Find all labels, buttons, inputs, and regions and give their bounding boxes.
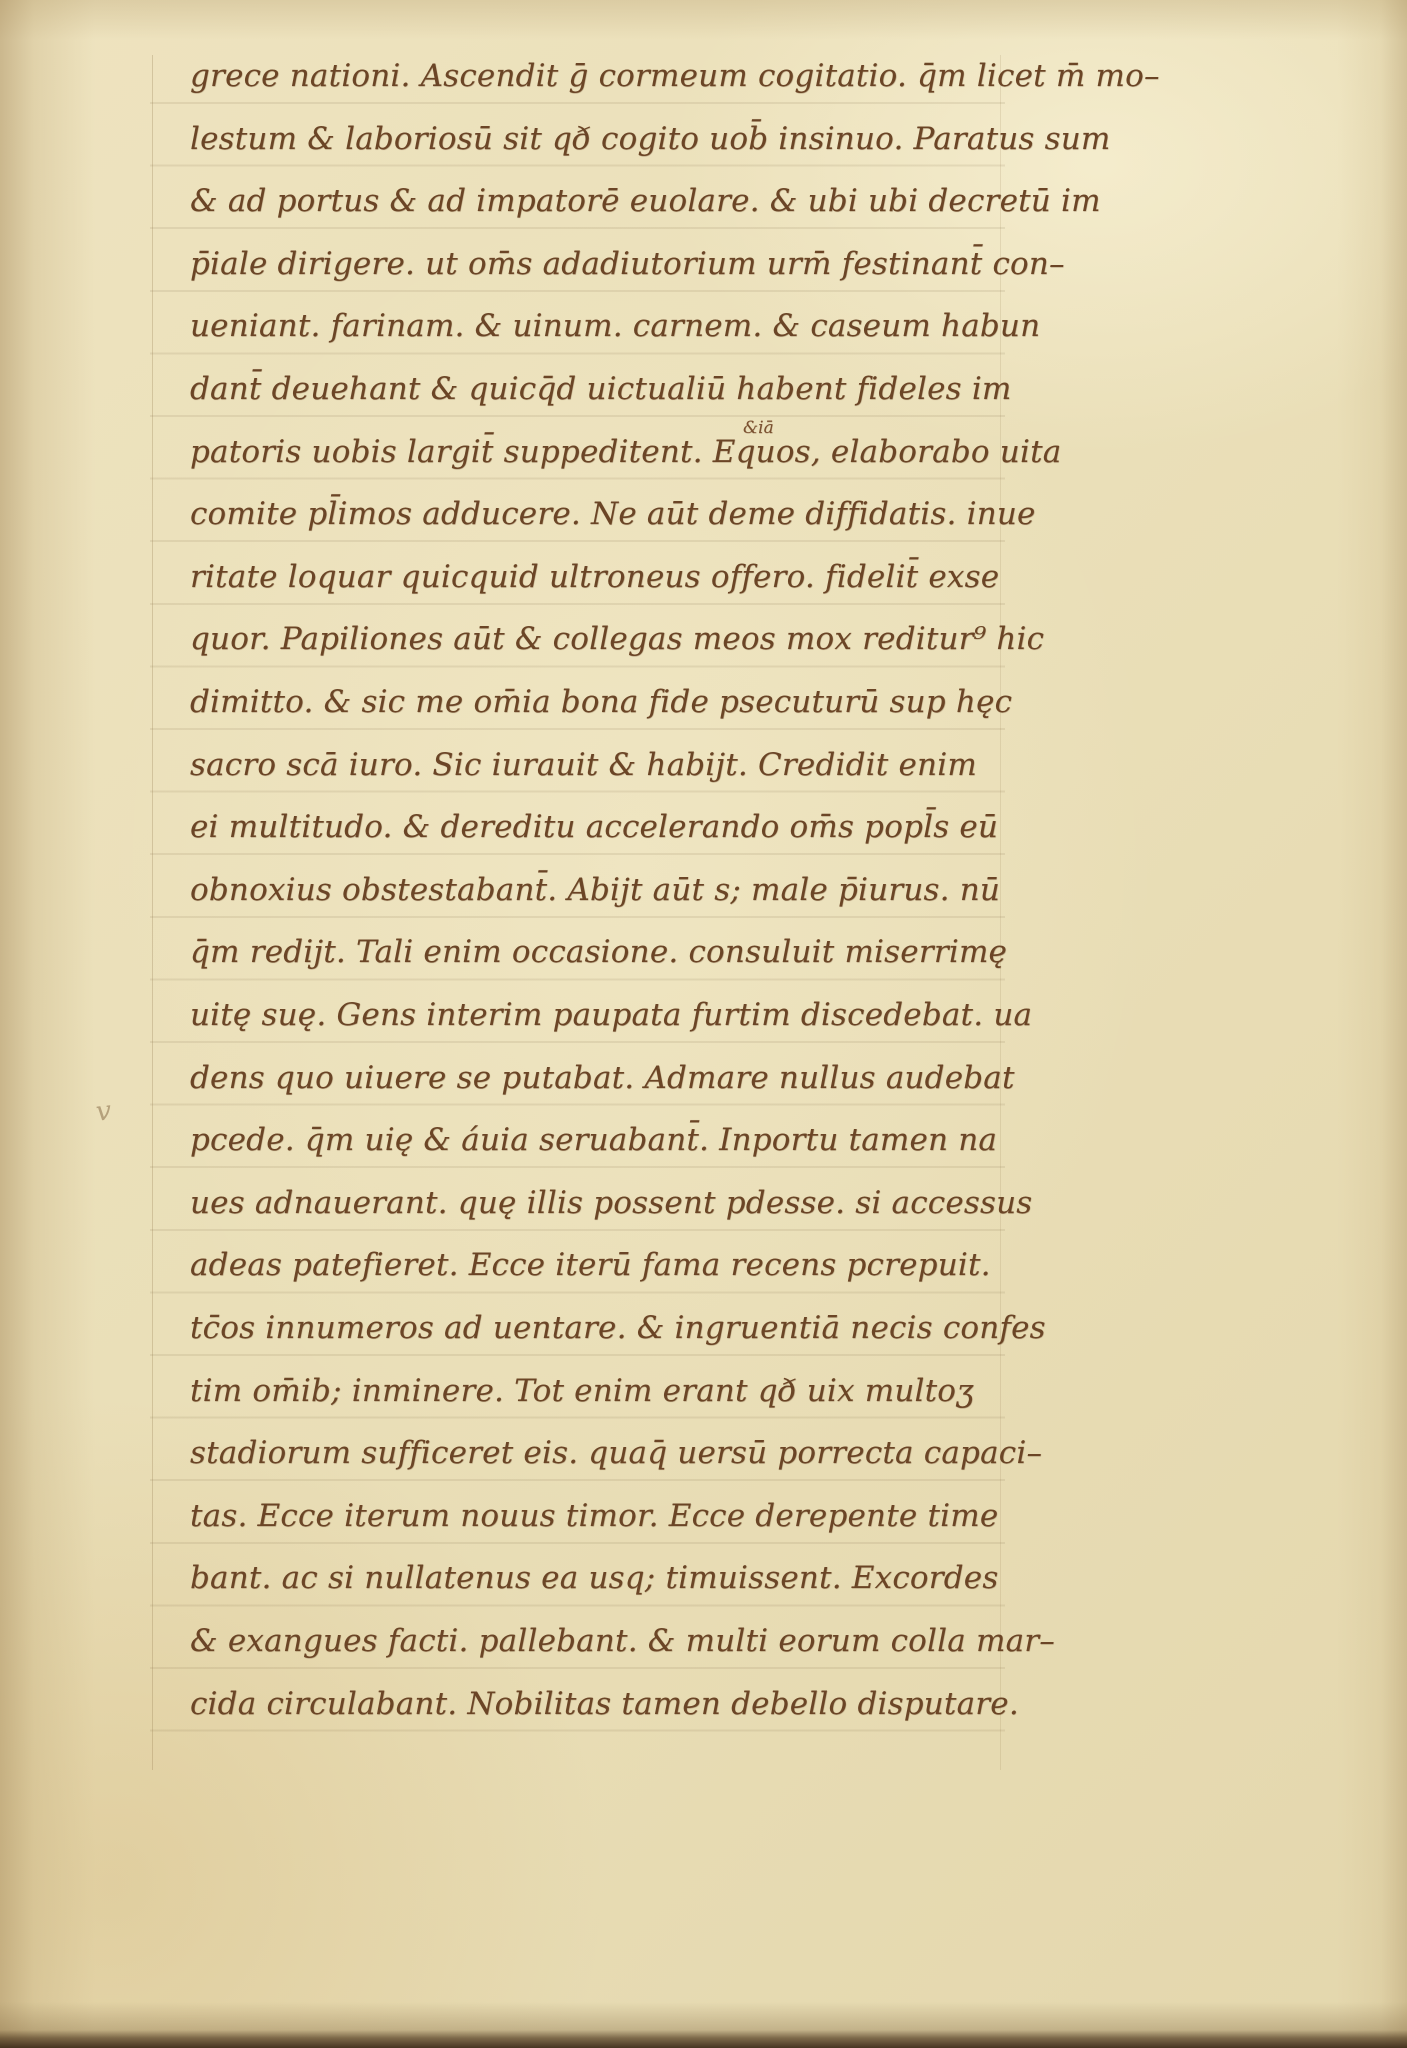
text-line: cida circulabant. Nobilitas tamen debell… (190, 1686, 1005, 1722)
text-line: ei multitudo. & dereditu accelerando om̄… (190, 809, 1005, 845)
text-line: bant. ac si nullatenus ea usq; timuissen… (190, 1560, 1005, 1596)
text-line: & ad portus & ad impatorē euolare. & ubi… (190, 183, 1005, 219)
left-margin-rule (152, 55, 153, 1770)
text-line: pcede. q̄m uię & áuia seruabant̄. Inport… (190, 1122, 1005, 1158)
text-line: comite pl̄imos adducere. Ne aūt deme dif… (190, 496, 1005, 532)
text-line: ues adnauerant. quę illis possent pdesse… (190, 1185, 1005, 1221)
text-line: q̄m redijt. Tali enim occasione. consulu… (190, 934, 1005, 970)
text-line: dimitto. & sic me om̄ia bona fide psecut… (190, 684, 1005, 720)
text-line: obnoxius obstestabant̄. Abijt aūt s; mal… (190, 872, 1005, 908)
text-line: patoris uobis largit̄ suppeditent. Equos… (190, 434, 1005, 470)
marginal-mark: v (94, 1095, 112, 1127)
text-line: lestum & laboriosū sit qð cogito uob̄ in… (190, 121, 1005, 157)
text-line: dant̄ deuehant & quicq̄d uictualiū haben… (190, 371, 1005, 407)
text-line: & exangues facti. pallebant. & multi eor… (190, 1623, 1005, 1659)
text-line: sacro scā iuro. Sic iurauit & habijt. Cr… (190, 747, 1005, 783)
interlinear-gloss: &iā (743, 418, 774, 438)
text-line: uitę suę. Gens interim paupata furtim di… (190, 997, 1005, 1033)
manuscript-text-block: grece nationi. Ascendit ḡ cormeum cogita… (190, 58, 1005, 1778)
text-line: adeas patefieret. Ecce iterū fama recens… (190, 1247, 1005, 1283)
text-line: quor. Papiliones aūt & collegas meos mox… (190, 621, 1005, 657)
text-line: dens quo uiuere se putabat. Admare nullu… (190, 1060, 1005, 1096)
text-line: p̄iale dirigere. ut om̄s adadiutorium ur… (190, 246, 1005, 282)
text-line: grece nationi. Ascendit ḡ cormeum cogita… (190, 58, 1005, 94)
text-line: ritate loquar quicquid ultroneus offero.… (190, 559, 1005, 595)
text-line: tim om̄ib; inminere. Tot enim erant qð u… (190, 1373, 1005, 1409)
text-line: tas. Ecce iterum nouus timor. Ecce derep… (190, 1498, 1005, 1534)
text-line: tc̄os innumeros ad uentare. & ingruentiā… (190, 1310, 1005, 1346)
text-line: ueniant. farinam. & uinum. carnem. & cas… (190, 308, 1005, 344)
text-line: stadiorum sufficeret eis. quaq̄ uersū po… (190, 1435, 1005, 1471)
